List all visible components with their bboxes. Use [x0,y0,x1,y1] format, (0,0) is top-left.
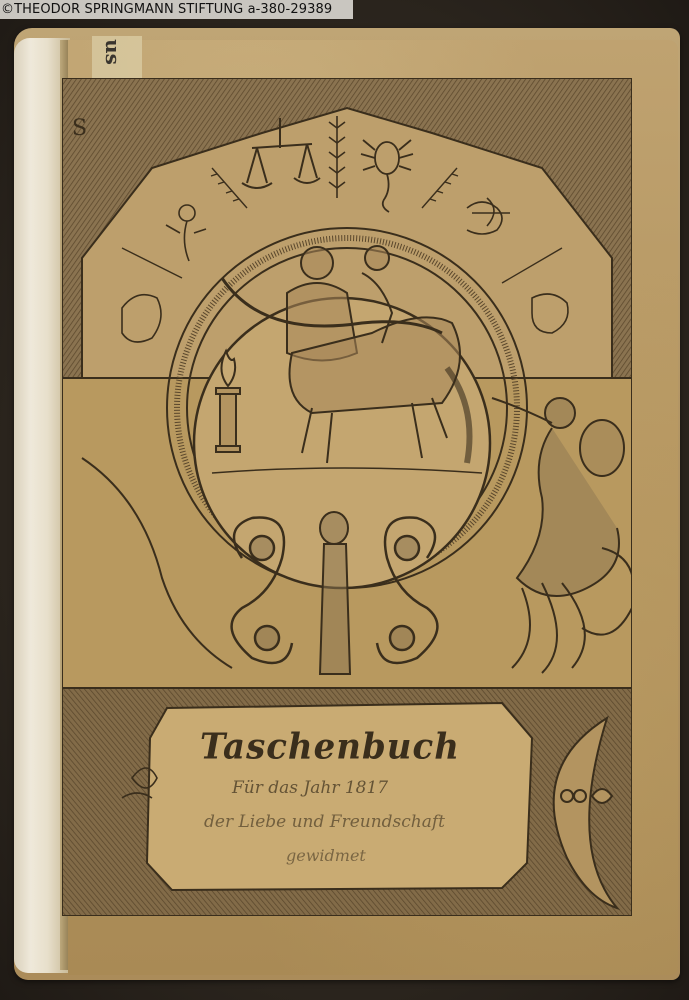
copyright-caption: ©THEODOR SPRINGMANN STIFTUNG a-380-29389 [0,0,353,19]
cupid-head [365,246,389,270]
spine-label-text: us [101,39,125,65]
book-year-line: Für das Jahr 1817 [232,778,388,798]
herm-pillar [320,512,350,674]
book-dedication-line: der Liebe und Freundschaft [204,812,445,832]
book-dedication-end: gewidmet [286,846,366,865]
book-title: Taschenbuch [200,726,460,768]
centaur-head [301,247,333,279]
spine-initial-letter: S [72,116,87,141]
